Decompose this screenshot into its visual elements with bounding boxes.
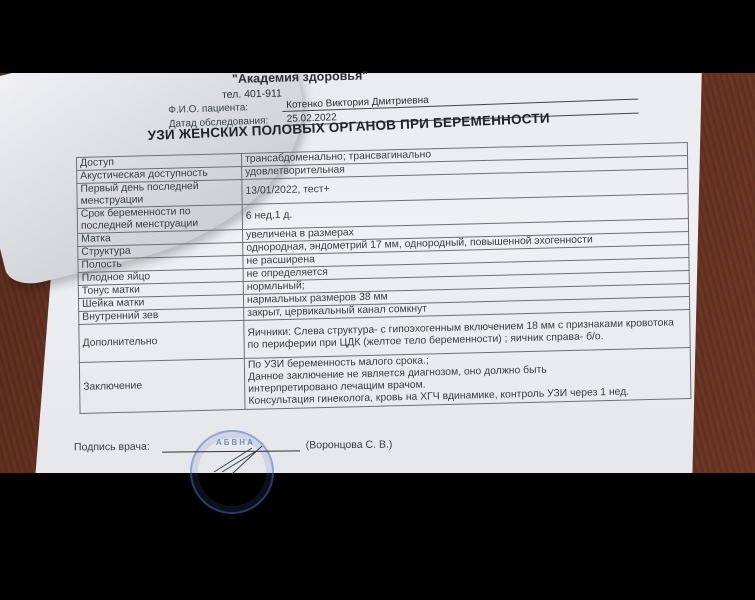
doctor-name: (Воронцова С. В.)	[306, 439, 393, 452]
signature-block: Подпись врача: (Воронцова С. В.)	[74, 439, 392, 454]
row-value: По УЗИ беременность малого срока.;Данное…	[244, 348, 691, 410]
row-label: Дополнительно	[79, 320, 244, 362]
ultrasound-report: "Академия здоровья" тел. 401-911 Ф.И.О. …	[0, 0, 755, 600]
clinic-name: "Академия здоровья"	[232, 68, 369, 86]
signature-label: Подпись врача:	[74, 441, 150, 454]
signature-line	[162, 439, 300, 452]
row-label: Заключение	[79, 358, 245, 413]
findings-table: Доступтрансабдоменально; трансвагинально…	[76, 142, 691, 414]
